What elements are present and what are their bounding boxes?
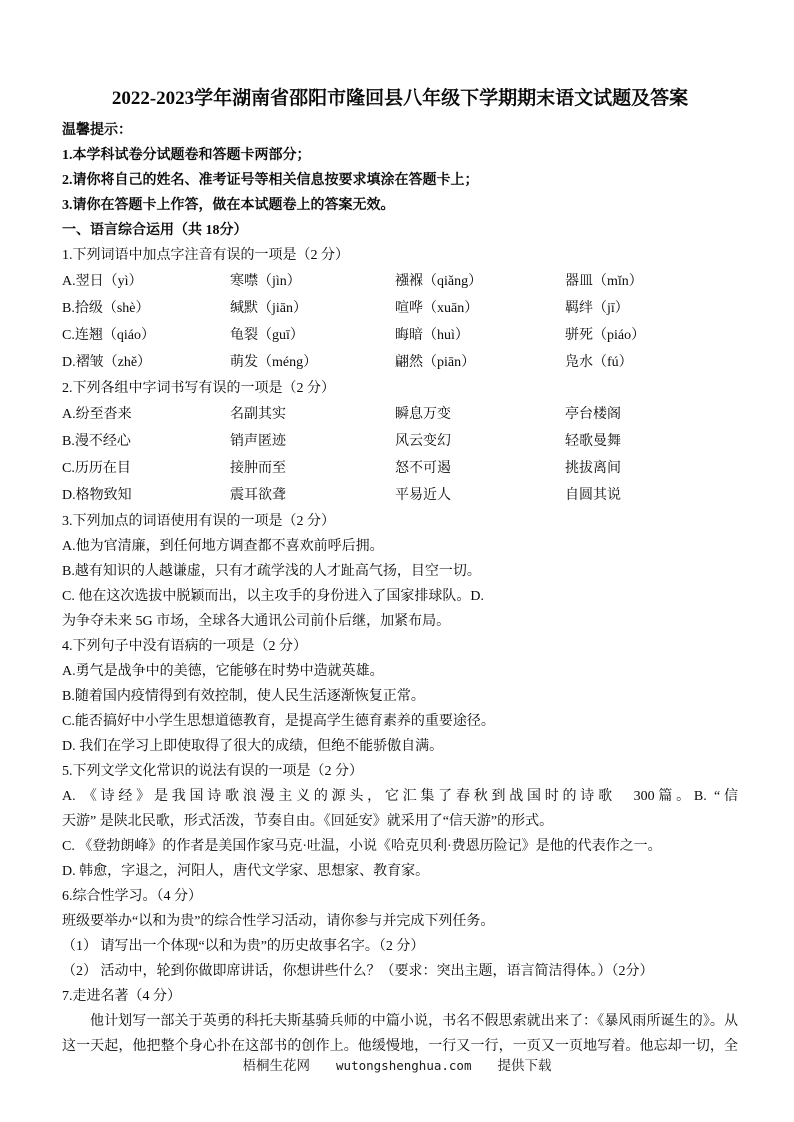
q2-option-d-word-2: 震耳欲聋 [230,482,395,509]
q3-option-b: B.越有知识的人越谦虚，只有才疏学浅的人才趾高气扬，目空一切。 [62,559,738,584]
page-footer: 梧桐生花网 wutongshenghua.com 提供下载 [0,1056,794,1076]
q2-option-a-word-3: 瞬息万变 [395,401,565,428]
q1-option-b-word-1: B.拾级（shè） [62,295,230,322]
q2-option-a-word-1: A.纷至沓来 [62,401,230,428]
q1-option-b-word-3: 喧哗（xuān） [395,295,565,322]
q1-option-a-word-2: 寒噤（jìn） [230,268,395,295]
q1-option-c-word-3: 晦暗（huì） [395,322,565,349]
q2-option-c-word-1: C.历历在目 [62,455,230,482]
question-1-stem: 1.下列词语中加点字注音有误的一项是（2 分） [62,243,738,268]
q1-option-d-word-1: D.褶皱（zhě） [62,349,230,376]
question-2-options: A.纷至沓来 名副其实 瞬息万变 亭台楼阁 B.漫不经心 销声匿迹 风云变幻 轻… [62,401,738,509]
notice-heading: 温馨提示： [62,118,738,143]
q1-option-b-word-2: 缄默（jiān） [230,295,395,322]
q1-option-d-word-4: 凫水（fú） [565,349,738,376]
q5-option-a: A. 《诗经》是我国诗歌浪漫主义的源头，它汇集了春秋到战国时的诗歌 300篇。B… [62,784,738,809]
question-6-stem: 6.综合性学习。（4 分） [62,884,738,909]
q6-task-1: （1） 请写出一个体现“以和为贵”的历史故事名字。（2 分） [62,934,738,959]
q1-option-b-word-4: 羁绊（jī） [565,295,738,322]
notice-block: 温馨提示： 1.本学科试卷分试题卷和答题卡两部分； 2.请你将自己的姓名、准考证… [62,118,738,218]
q3-option-c: C. 他在这次选拔中脱颖而出，以主攻手的身份进入了国家排球队。D. [62,584,738,609]
q5-option-c: C. 《登勃朗峰》的作者是美国作家马克·吐温，小说《哈克贝利·费恩历险记》是他的… [62,834,738,859]
footer-site-url: wutongshenghua.com [336,1056,471,1076]
q2-option-b-word-2: 销声匿迹 [230,428,395,455]
q3-option-d-continuation: 为争夺未来 5G 市场，全球各大通讯公司前仆后继，加紧布局。 [62,609,738,634]
q1-option-a-word-4: 器皿（mǐn） [565,268,738,295]
notice-line-3: 3.请你在答题卡上作答，做在本试题卷上的答案无效。 [62,193,738,218]
q5-option-b-continuation: 天游” 是陕北民歌，形式活泼，节奏自由。《回延安》就采用了“信天游”的形式。 [62,809,738,834]
q1-option-c-word-4: 骈死（piáo） [565,322,738,349]
exam-document-page: 2022-2023学年湖南省邵阳市隆回县八年级下学期期末语文试题及答案 温馨提示… [0,0,794,1122]
q2-option-b-word-3: 风云变幻 [395,428,565,455]
q4-option-d: D. 我们在学习上即使取得了很大的成绩，但绝不能骄傲自满。 [62,734,738,759]
page-title: 2022-2023学年湖南省邵阳市隆回县八年级下学期期末语文试题及答案 [62,86,738,112]
question-3-stem: 3.下列加点的词语使用有误的一项是（2 分） [62,509,738,534]
question-1-options: A.翌日（yì） 寒噤（jìn） 襁褓（qiǎng） 器皿（mǐn） B.拾级（… [62,268,738,376]
q1-option-a-word-1: A.翌日（yì） [62,268,230,295]
q1-option-d-word-3: 翩然（piān） [395,349,565,376]
q1-option-c-word-1: C.连翘（qiáo） [62,322,230,349]
section-1-heading: 一、语言综合运用（共 18分） [62,218,738,243]
q1-option-a-word-3: 襁褓（qiǎng） [395,268,565,295]
footer-site-name: 梧桐生花网 [243,1056,311,1076]
notice-line-1: 1.本学科试卷分试题卷和答题卡两部分； [62,143,738,168]
q6-task-2: （2） 活动中，轮到你做即席讲话，你想讲些什么？（要求：突出主题，语言简洁得体。… [62,959,738,984]
question-7-stem: 7.走进名著（4 分） [62,984,738,1009]
q3-option-a: A.他为官清廉，到任何地方调查都不喜欢前呼后拥。 [62,534,738,559]
q5-option-d: D. 韩愈，字退之，河阳人，唐代文学家、思想家、教育家。 [62,859,738,884]
q4-option-b: B.随着国内疫情得到有效控制，使人民生活逐渐恢复正常。 [62,684,738,709]
q1-option-c-word-2: 龟裂（guī） [230,322,395,349]
q2-option-b-word-1: B.漫不经心 [62,428,230,455]
q2-option-d-word-3: 平易近人 [395,482,565,509]
q2-option-d-word-1: D.格物致知 [62,482,230,509]
question-4-stem: 4.下列句子中没有语病的一项是（2 分） [62,634,738,659]
q6-intro: 班级要举办“以和为贵”的综合性学习活动，请你参与并完成下列任务。 [62,909,738,934]
q2-option-c-word-3: 怒不可遏 [395,455,565,482]
notice-line-2: 2.请你将自己的姓名、准考证号等相关信息按要求填涂在答题卡上； [62,168,738,193]
q4-option-a: A.勇气是战争中的美德，它能够在时势中造就英雄。 [62,659,738,684]
q4-option-c: C.能否搞好中小学生思想道德教育，是提高学生德育素养的重要途径。 [62,709,738,734]
q2-option-b-word-4: 轻歌曼舞 [565,428,738,455]
question-5-stem: 5.下列文学文化常识的说法有误的一项是（2 分） [62,759,738,784]
question-2-stem: 2.下列各组中字词书写有误的一项是（2 分） [62,376,738,401]
q2-option-c-word-2: 接肿而至 [230,455,395,482]
q7-passage-line-1: 他计划写一部关于英勇的科托夫斯基骑兵师的中篇小说，书名不假思索就出来了：《暴风雨… [62,1009,738,1034]
footer-download-label: 提供下载 [497,1056,551,1076]
q2-option-a-word-2: 名副其实 [230,401,395,428]
q2-option-d-word-4: 自圆其说 [565,482,738,509]
q1-option-d-word-2: 萌发（méng） [230,349,395,376]
q2-option-a-word-4: 亭台楼阁 [565,401,738,428]
q2-option-c-word-4: 挑拔离间 [565,455,738,482]
